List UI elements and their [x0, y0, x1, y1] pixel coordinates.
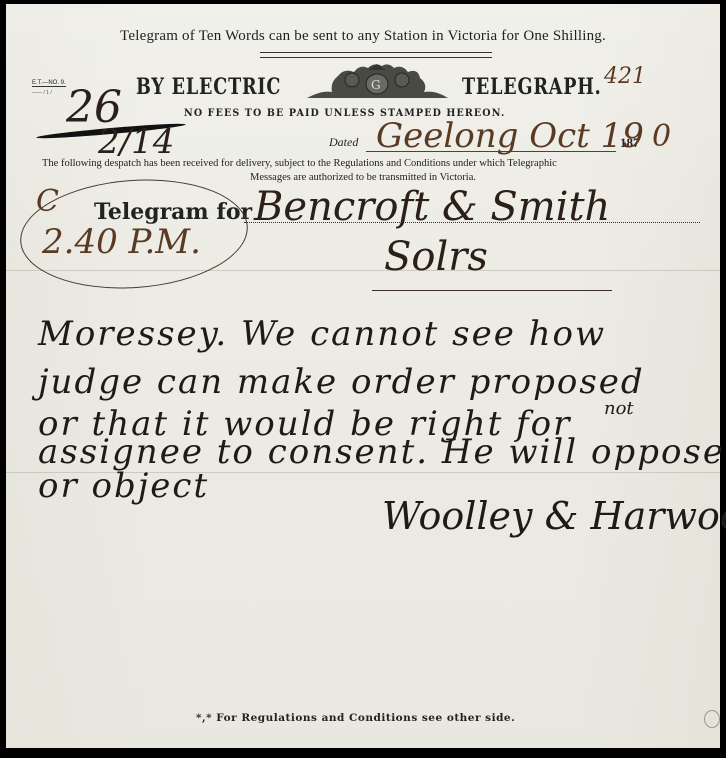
handwritten-recipient: Bencroft & Smith [254, 184, 610, 230]
handwritten-number-214: 2/14 [98, 122, 174, 162]
message-line: or object [38, 466, 209, 506]
handwritten-place-date: Geelong Oct 19 [376, 116, 644, 156]
title-telegraph: TELEGRAPH. [462, 74, 602, 100]
handwritten-year-suffix: 0 [652, 119, 671, 154]
royal-crest-icon: G [302, 62, 452, 102]
header-double-rule [260, 52, 492, 58]
svg-text:G: G [371, 78, 381, 92]
recipient-underline [372, 290, 612, 291]
handwritten-signature: Woolley & Harwood [382, 494, 726, 538]
handwritten-insertion: not [604, 398, 634, 419]
handwritten-ref-number: 421 [604, 64, 646, 89]
form-sub-number: —— / 1 / [32, 90, 52, 96]
dated-label: Dated [329, 135, 358, 150]
message-line: Moressey. We cannot see how [38, 314, 606, 354]
form-number: E.T.—NO. 9. [32, 80, 66, 87]
header-notice: Telegram of Ten Words can be sent to any… [6, 28, 720, 45]
message-line: judge can make order proposed [38, 362, 645, 402]
title-by-electric: BY ELECTRIC [136, 74, 281, 100]
faint-circle-mark [704, 710, 720, 728]
handwritten-oval-prefix: C [36, 184, 59, 219]
telegram-paper: Telegram of Ten Words can be sent to any… [6, 4, 720, 748]
footer-notice: *,* For Regulations and Conditions see o… [196, 712, 515, 724]
handwritten-time: 2.40 P.M. [42, 222, 201, 262]
handwritten-recipient-title: Solrs [384, 234, 488, 280]
